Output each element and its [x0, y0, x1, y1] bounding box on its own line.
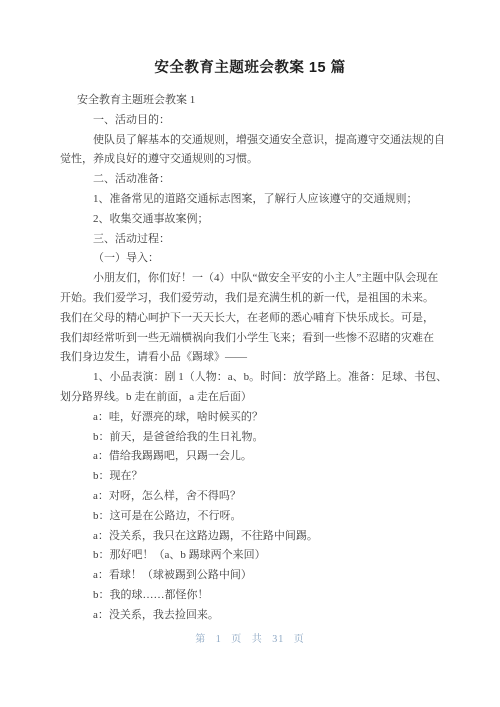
document-body: 安全教育主题班会教案 1一、活动目的：使队员了解基本的交通规则，增强交通安全意识…	[60, 91, 442, 626]
document-line: 使队员了解基本的交通规则，增强交通安全意识，提高遵守交通法规的自	[60, 131, 442, 151]
document-line: 小朋友们，你们好！一（4）中队“做安全平安的小主人”主题中队会现在	[60, 269, 442, 289]
document-line: a：没关系，我去捡回来。	[60, 606, 442, 626]
document-line: 1、小品表演：剧 1（人物：a、b。时间：放学路上。准备：足球、书包、	[60, 368, 442, 388]
document-line: 二、活动准备：	[60, 170, 442, 190]
document-line: 我们在父母的精心呵护下一天天长大，在老师的悉心哺育下快乐成长。可是，	[60, 309, 442, 329]
document-line: 我们却经常听到一些无端横祸向我们小学生飞来；看到一些惨不忍睹的灾难在	[60, 329, 442, 349]
document-line: 觉性，养成良好的遵守交通规则的习惯。	[60, 150, 442, 170]
document-title: 安全教育主题班会教案 15 篇	[0, 56, 500, 80]
document-line: a：看球！（球被踢到公路中间）	[60, 566, 442, 586]
document-line: b：前天，是爸爸给我的生日礼物。	[60, 428, 442, 448]
document-line: a：哇，好漂亮的球，啥时候买的？	[60, 408, 442, 428]
document-line: （一）导入：	[60, 249, 442, 269]
document-line: a：对呀，怎么样，舍不得吗？	[60, 487, 442, 507]
document-line: 我们身边发生，请看小品《踢球》——	[60, 348, 442, 368]
document-line: b：我的球……都怪你！	[60, 586, 442, 606]
document-line: b：现在？	[60, 467, 442, 487]
document-line: a：借给我踢踢吧，只踢一会儿。	[60, 447, 442, 467]
document-line: 划分路界线。b 走在前面，a 走在后面）	[60, 388, 442, 408]
document-line: 开始。我们爱学习，我们爱劳动，我们是充满生机的新一代，是祖国的未来。	[60, 289, 442, 309]
document-line: 1、准备常见的道路交通标志图案，了解行人应该遵守的交通规则；	[60, 190, 442, 210]
document-line: 一、活动目的：	[60, 111, 442, 131]
document-page: 安全教育主题班会教案 15 篇 安全教育主题班会教案 1一、活动目的：使队员了解…	[0, 0, 500, 707]
document-line: 三、活动过程：	[60, 230, 442, 250]
document-line: a：没关系，我只在这路边踢，不往路中间踢。	[60, 527, 442, 547]
document-line: 2、收集交通事故案例；	[60, 210, 442, 230]
page-number-indicator: 第 1 页 共 31 页	[0, 633, 500, 647]
document-line: b：这可是在公路边，不行呀。	[60, 507, 442, 527]
document-line: b：那好吧！（a、b 踢球两个来回）	[60, 546, 442, 566]
document-line: 安全教育主题班会教案 1	[60, 91, 442, 111]
